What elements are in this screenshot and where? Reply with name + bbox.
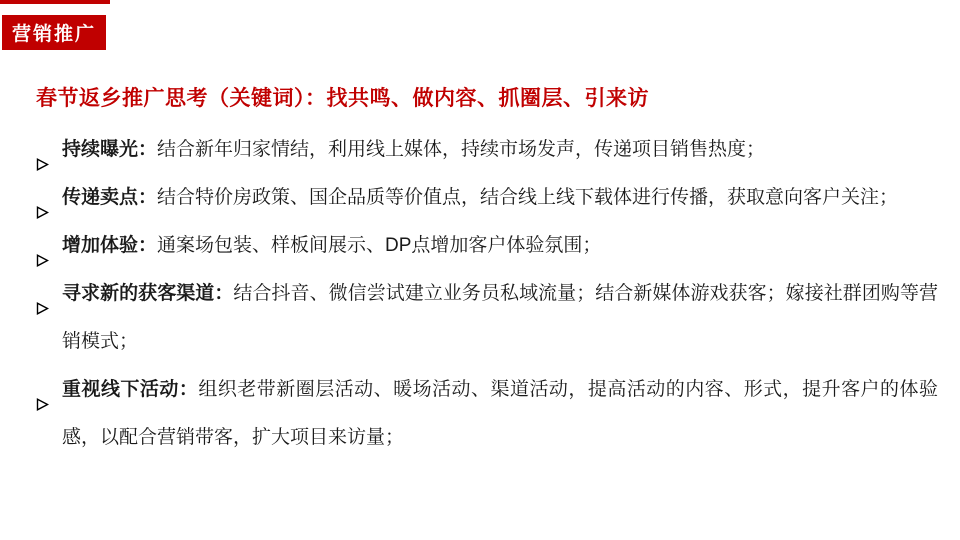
bullet-lead: 寻求新的获客渠道： bbox=[62, 283, 233, 304]
bullet-text: 通案场包装、样板间展示、DP点增加客户体验氛围； bbox=[157, 235, 601, 256]
bullet-lead: 持续曝光： bbox=[62, 139, 157, 160]
bullet-item: 寻求新的获客渠道：结合抖音、微信尝试建立业务员私域流量；结合新媒体游戏获客；嫁接… bbox=[62, 270, 938, 366]
section-badge: 营销推广 bbox=[2, 15, 106, 50]
section-badge-label: 营销推广 bbox=[12, 19, 96, 46]
bullet-text: 结合新年归家情结，利用线上媒体，持续市场发声，传递项目销售热度； bbox=[157, 139, 765, 160]
bullet-text: 结合特价房政策、国企品质等价值点，结合线上线下载体进行传播，获取意向客户关注； bbox=[157, 187, 898, 208]
bullet-item: 重视线下活动：组织老带新圈层活动、暖场活动、渠道活动，提高活动的内容、形式，提升… bbox=[62, 366, 938, 462]
bullet-item: 持续曝光：结合新年归家情结，利用线上媒体，持续市场发声，传递项目销售热度； bbox=[62, 126, 938, 174]
bullet-item: 传递卖点：结合特价房政策、国企品质等价值点，结合线上线下载体进行传播，获取意向客… bbox=[62, 174, 938, 222]
bullet-item: 增加体验：通案场包装、样板间展示、DP点增加客户体验氛围； bbox=[62, 222, 938, 270]
presentation-slide: 营销推广 春节返乡推广思考（关键词）：找共鸣、做内容、抓圈层、引来访 持续曝光：… bbox=[0, 0, 960, 540]
bullet-lead: 重视线下活动： bbox=[62, 379, 198, 400]
arrow-bullet-icon bbox=[35, 287, 50, 302]
bullet-list: 持续曝光：结合新年归家情结，利用线上媒体，持续市场发声，传递项目销售热度； 传递… bbox=[62, 126, 938, 462]
top-accent-strip bbox=[0, 0, 110, 4]
arrow-bullet-icon bbox=[35, 383, 50, 398]
arrow-bullet-icon bbox=[35, 239, 50, 254]
bullet-lead: 增加体验： bbox=[62, 235, 157, 256]
bullet-lead: 传递卖点： bbox=[62, 187, 157, 208]
arrow-bullet-icon bbox=[35, 191, 50, 206]
slide-title: 春节返乡推广思考（关键词）：找共鸣、做内容、抓圈层、引来访 bbox=[36, 84, 940, 114]
arrow-bullet-icon bbox=[35, 143, 50, 158]
